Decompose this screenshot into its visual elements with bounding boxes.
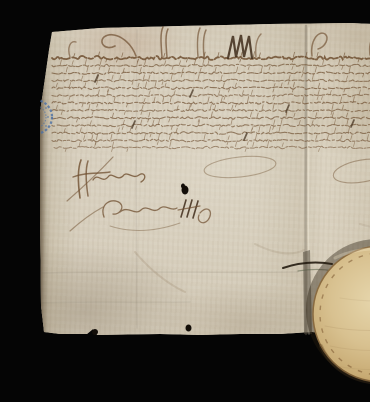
text-line-4-ascenders	[82, 74, 370, 84]
ink-spot	[92, 329, 98, 335]
paraph-loop	[332, 155, 370, 187]
manuscript-art-layer	[40, 16, 370, 386]
text-line-11-ascenders	[64, 127, 370, 138]
royal-signature	[93, 174, 145, 182]
fold-crease	[136, 30, 137, 328]
text-line-7	[52, 102, 370, 105]
fold-crease	[42, 302, 190, 303]
ghost-flourish	[255, 244, 304, 253]
archive-stamp-dot	[45, 125, 47, 127]
ink-spot	[181, 184, 185, 189]
countersignature	[110, 223, 180, 230]
text-line-11	[52, 132, 370, 135]
countersignature	[103, 201, 177, 217]
royal-signature	[78, 160, 81, 198]
flourish	[69, 42, 76, 57]
text-line-12-ascenders	[84, 134, 370, 144]
flourish	[95, 75, 354, 140]
flourish	[312, 33, 327, 56]
countersignature	[198, 209, 210, 223]
royal-signature	[86, 161, 88, 196]
text-line-4	[52, 79, 370, 82]
ghost-flourish	[360, 222, 370, 228]
text-line-8	[52, 109, 370, 111]
text-line-12	[52, 139, 370, 142]
flourish	[228, 35, 252, 58]
paraph-loop	[203, 153, 277, 180]
text-line-13	[54, 146, 370, 149]
text-line-5	[52, 87, 370, 90]
text-line-10	[52, 124, 370, 127]
archive-stamp	[40, 106, 46, 128]
text-line-7-ascenders	[82, 97, 370, 108]
countersignature	[70, 207, 103, 231]
text-line-3	[52, 72, 370, 75]
text-line-1	[52, 56, 370, 60]
flourish	[102, 35, 136, 56]
ink-spot	[186, 325, 192, 332]
flourish	[161, 27, 168, 57]
archive-stamp-dot	[47, 116, 49, 118]
fold-crease	[42, 272, 298, 273]
manuscript-photograph: Photograph of a handwritten royal letter…	[40, 16, 370, 386]
archive-stamp-dot	[45, 107, 47, 109]
